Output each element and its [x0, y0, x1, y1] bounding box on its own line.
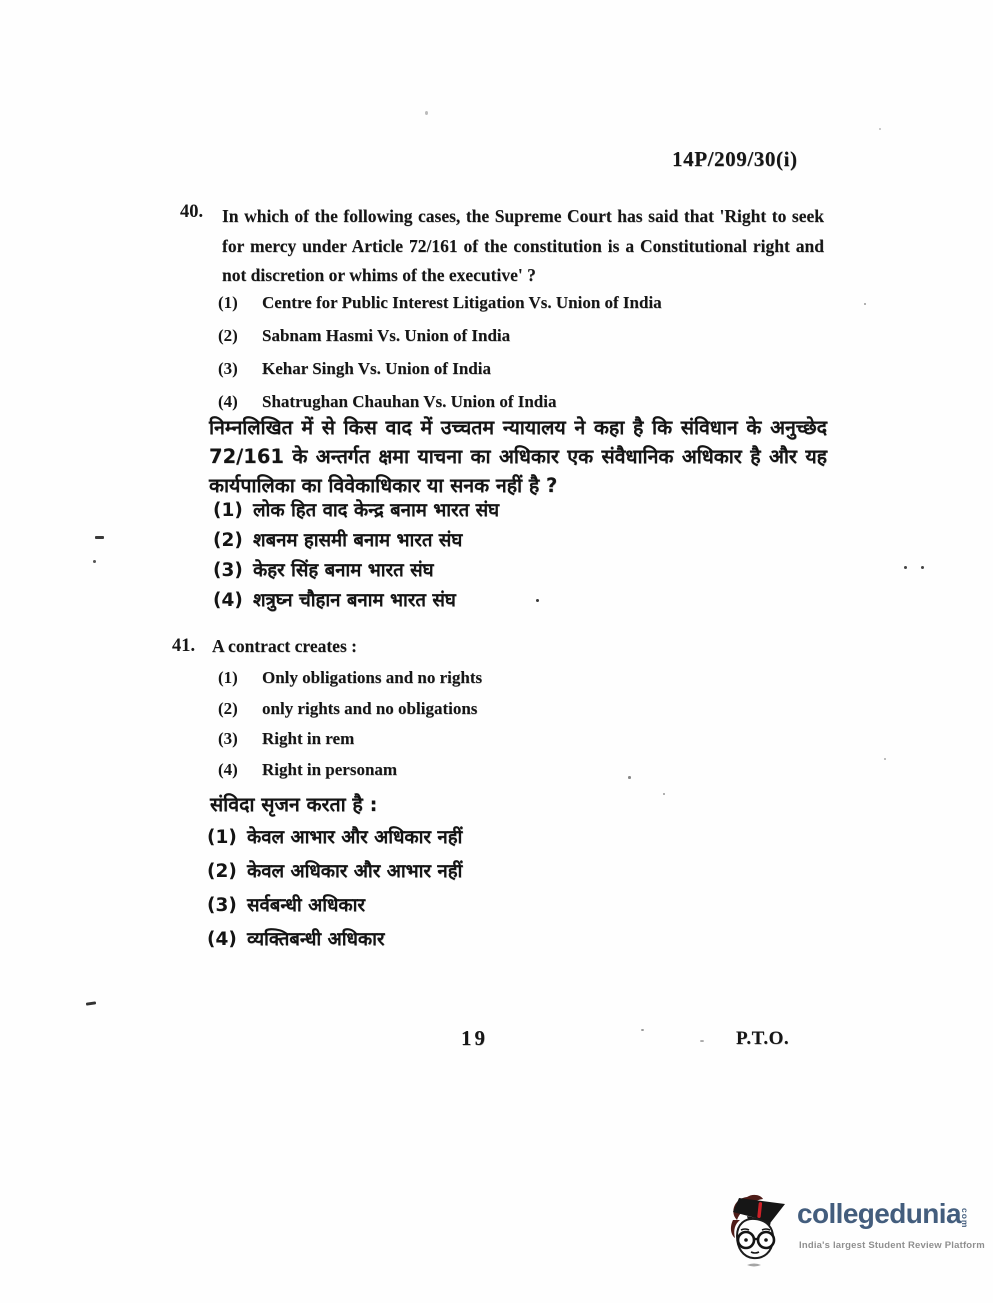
- option-number: (2): [218, 698, 262, 720]
- option-label: सर्वबन्धी अधिकार: [247, 895, 365, 917]
- option-row: (1) Only obligations and no rights: [218, 667, 482, 689]
- paper-code: 14P/209/30(i): [672, 147, 798, 172]
- option-number: (4): [218, 759, 262, 781]
- option-row: (4) व्यक्तिबन्धी अधिकार: [207, 929, 462, 951]
- option-label: Kehar Singh Vs. Union of India: [262, 358, 491, 380]
- collegedunia-mascot-icon: [727, 1190, 795, 1272]
- option-number: (2): [213, 530, 253, 552]
- option-number: (2): [207, 861, 247, 883]
- scan-speck: [879, 128, 881, 130]
- question-40-english: 40. In which of the following cases, the…: [180, 202, 824, 291]
- scan-speck: [628, 776, 631, 779]
- option-label: लोक हित वाद केन्द्र बनाम भारत संघ: [253, 500, 499, 522]
- question-41-text-hindi: संविदा सृजन करता है :: [210, 790, 377, 817]
- option-row: (1) लोक हित वाद केन्द्र बनाम भारत संघ: [213, 500, 499, 522]
- option-label: केहर सिंह बनाम भारत संघ: [253, 560, 434, 582]
- question-40-options-hindi: (1) लोक हित वाद केन्द्र बनाम भारत संघ (2…: [213, 500, 499, 620]
- option-label: Sabnam Hasmi Vs. Union of India: [262, 325, 510, 347]
- option-label: only rights and no obligations: [262, 698, 477, 720]
- option-label: Only obligations and no rights: [262, 667, 482, 689]
- option-number: (3): [218, 358, 262, 380]
- option-number: (1): [207, 827, 247, 849]
- option-number: (3): [207, 895, 247, 917]
- option-number: (4): [213, 590, 253, 612]
- page-number: 19: [461, 1026, 488, 1051]
- collegedunia-brand-text: collegedunia: [797, 1198, 961, 1230]
- option-row: (1) केवल आभार और अधिकार नहीं: [207, 827, 462, 849]
- option-row: (2) केवल अधिकार और आभार नहीं: [207, 861, 462, 883]
- question-text-english: A contract creates :: [212, 636, 357, 657]
- option-row: (2) Sabnam Hasmi Vs. Union of India: [218, 325, 662, 347]
- option-label: Right in personam: [262, 759, 397, 781]
- scan-speck: [86, 1001, 96, 1005]
- option-row: (2) शबनम हासमी बनाम भारत संघ: [213, 530, 499, 552]
- option-label: Centre for Public Interest Litigation Vs…: [262, 292, 662, 314]
- scan-speck: [536, 599, 539, 602]
- scan-speck: [95, 536, 104, 539]
- exam-paper-page: 14P/209/30(i) 40. In which of the follow…: [0, 0, 993, 1303]
- option-number: (1): [218, 292, 262, 314]
- option-number: (4): [218, 391, 262, 413]
- scan-speck: [921, 566, 924, 569]
- option-label: केवल आभार और अधिकार नहीं: [247, 827, 462, 849]
- option-row: (2) only rights and no obligations: [218, 698, 482, 720]
- option-label: Shatrughan Chauhan Vs. Union of India: [262, 391, 556, 413]
- scan-speck: [884, 758, 886, 760]
- question-41-options-hindi: (1) केवल आभार और अधिकार नहीं (2) केवल अध…: [207, 827, 462, 963]
- option-number: (1): [218, 667, 262, 689]
- option-row: (3) केहर सिंह बनाम भारत संघ: [213, 560, 499, 582]
- scan-speck: [663, 793, 665, 795]
- question-40-text-hindi: निम्नलिखित में से किस वाद में उच्चतम न्य…: [209, 413, 827, 500]
- question-40-options-english: (1) Centre for Public Interest Litigatio…: [218, 292, 662, 424]
- option-row: (4) शत्रुघ्न चौहान बनाम भारत संघ: [213, 590, 499, 612]
- option-label: केवल अधिकार और आभार नहीं: [247, 861, 462, 883]
- pto-label: P.T.O.: [736, 1028, 789, 1050]
- question-41-options-english: (1) Only obligations and no rights (2) o…: [218, 667, 482, 789]
- question-number: 40.: [180, 202, 222, 291]
- scan-speck: [904, 566, 907, 569]
- question-text-english: In which of the following cases, the Sup…: [222, 202, 824, 291]
- option-label: शत्रुघ्न चौहान बनाम भारत संघ: [253, 590, 456, 612]
- question-number: 41.: [172, 636, 212, 657]
- scan-speck: [700, 1040, 704, 1042]
- collegedunia-tagline: India's largest Student Review Platform: [799, 1240, 985, 1251]
- option-number: (2): [218, 325, 262, 347]
- option-label: Right in rem: [262, 728, 354, 750]
- collegedunia-logo: collegedunia com India's largest Student…: [727, 1190, 991, 1276]
- scan-speck: [425, 111, 428, 115]
- option-number: (4): [207, 929, 247, 951]
- option-row: (1) Centre for Public Interest Litigatio…: [218, 292, 662, 314]
- option-label: शबनम हासमी बनाम भारत संघ: [253, 530, 462, 552]
- option-label: व्यक्तिबन्धी अधिकार: [247, 929, 384, 951]
- option-row: (3) सर्वबन्धी अधिकार: [207, 895, 462, 917]
- option-number: (1): [213, 500, 253, 522]
- option-row: (4) Right in personam: [218, 759, 482, 781]
- option-row: (3) Right in rem: [218, 728, 482, 750]
- option-number: (3): [213, 560, 253, 582]
- scan-speck: [641, 1029, 644, 1031]
- scan-speck: [93, 560, 96, 563]
- scan-speck: [864, 303, 866, 305]
- option-row: (3) Kehar Singh Vs. Union of India: [218, 358, 662, 380]
- option-number: (3): [218, 728, 262, 750]
- question-41-english: 41. A contract creates :: [172, 636, 357, 657]
- option-row: (4) Shatrughan Chauhan Vs. Union of Indi…: [218, 391, 662, 413]
- collegedunia-domain-text: com: [960, 1208, 970, 1228]
